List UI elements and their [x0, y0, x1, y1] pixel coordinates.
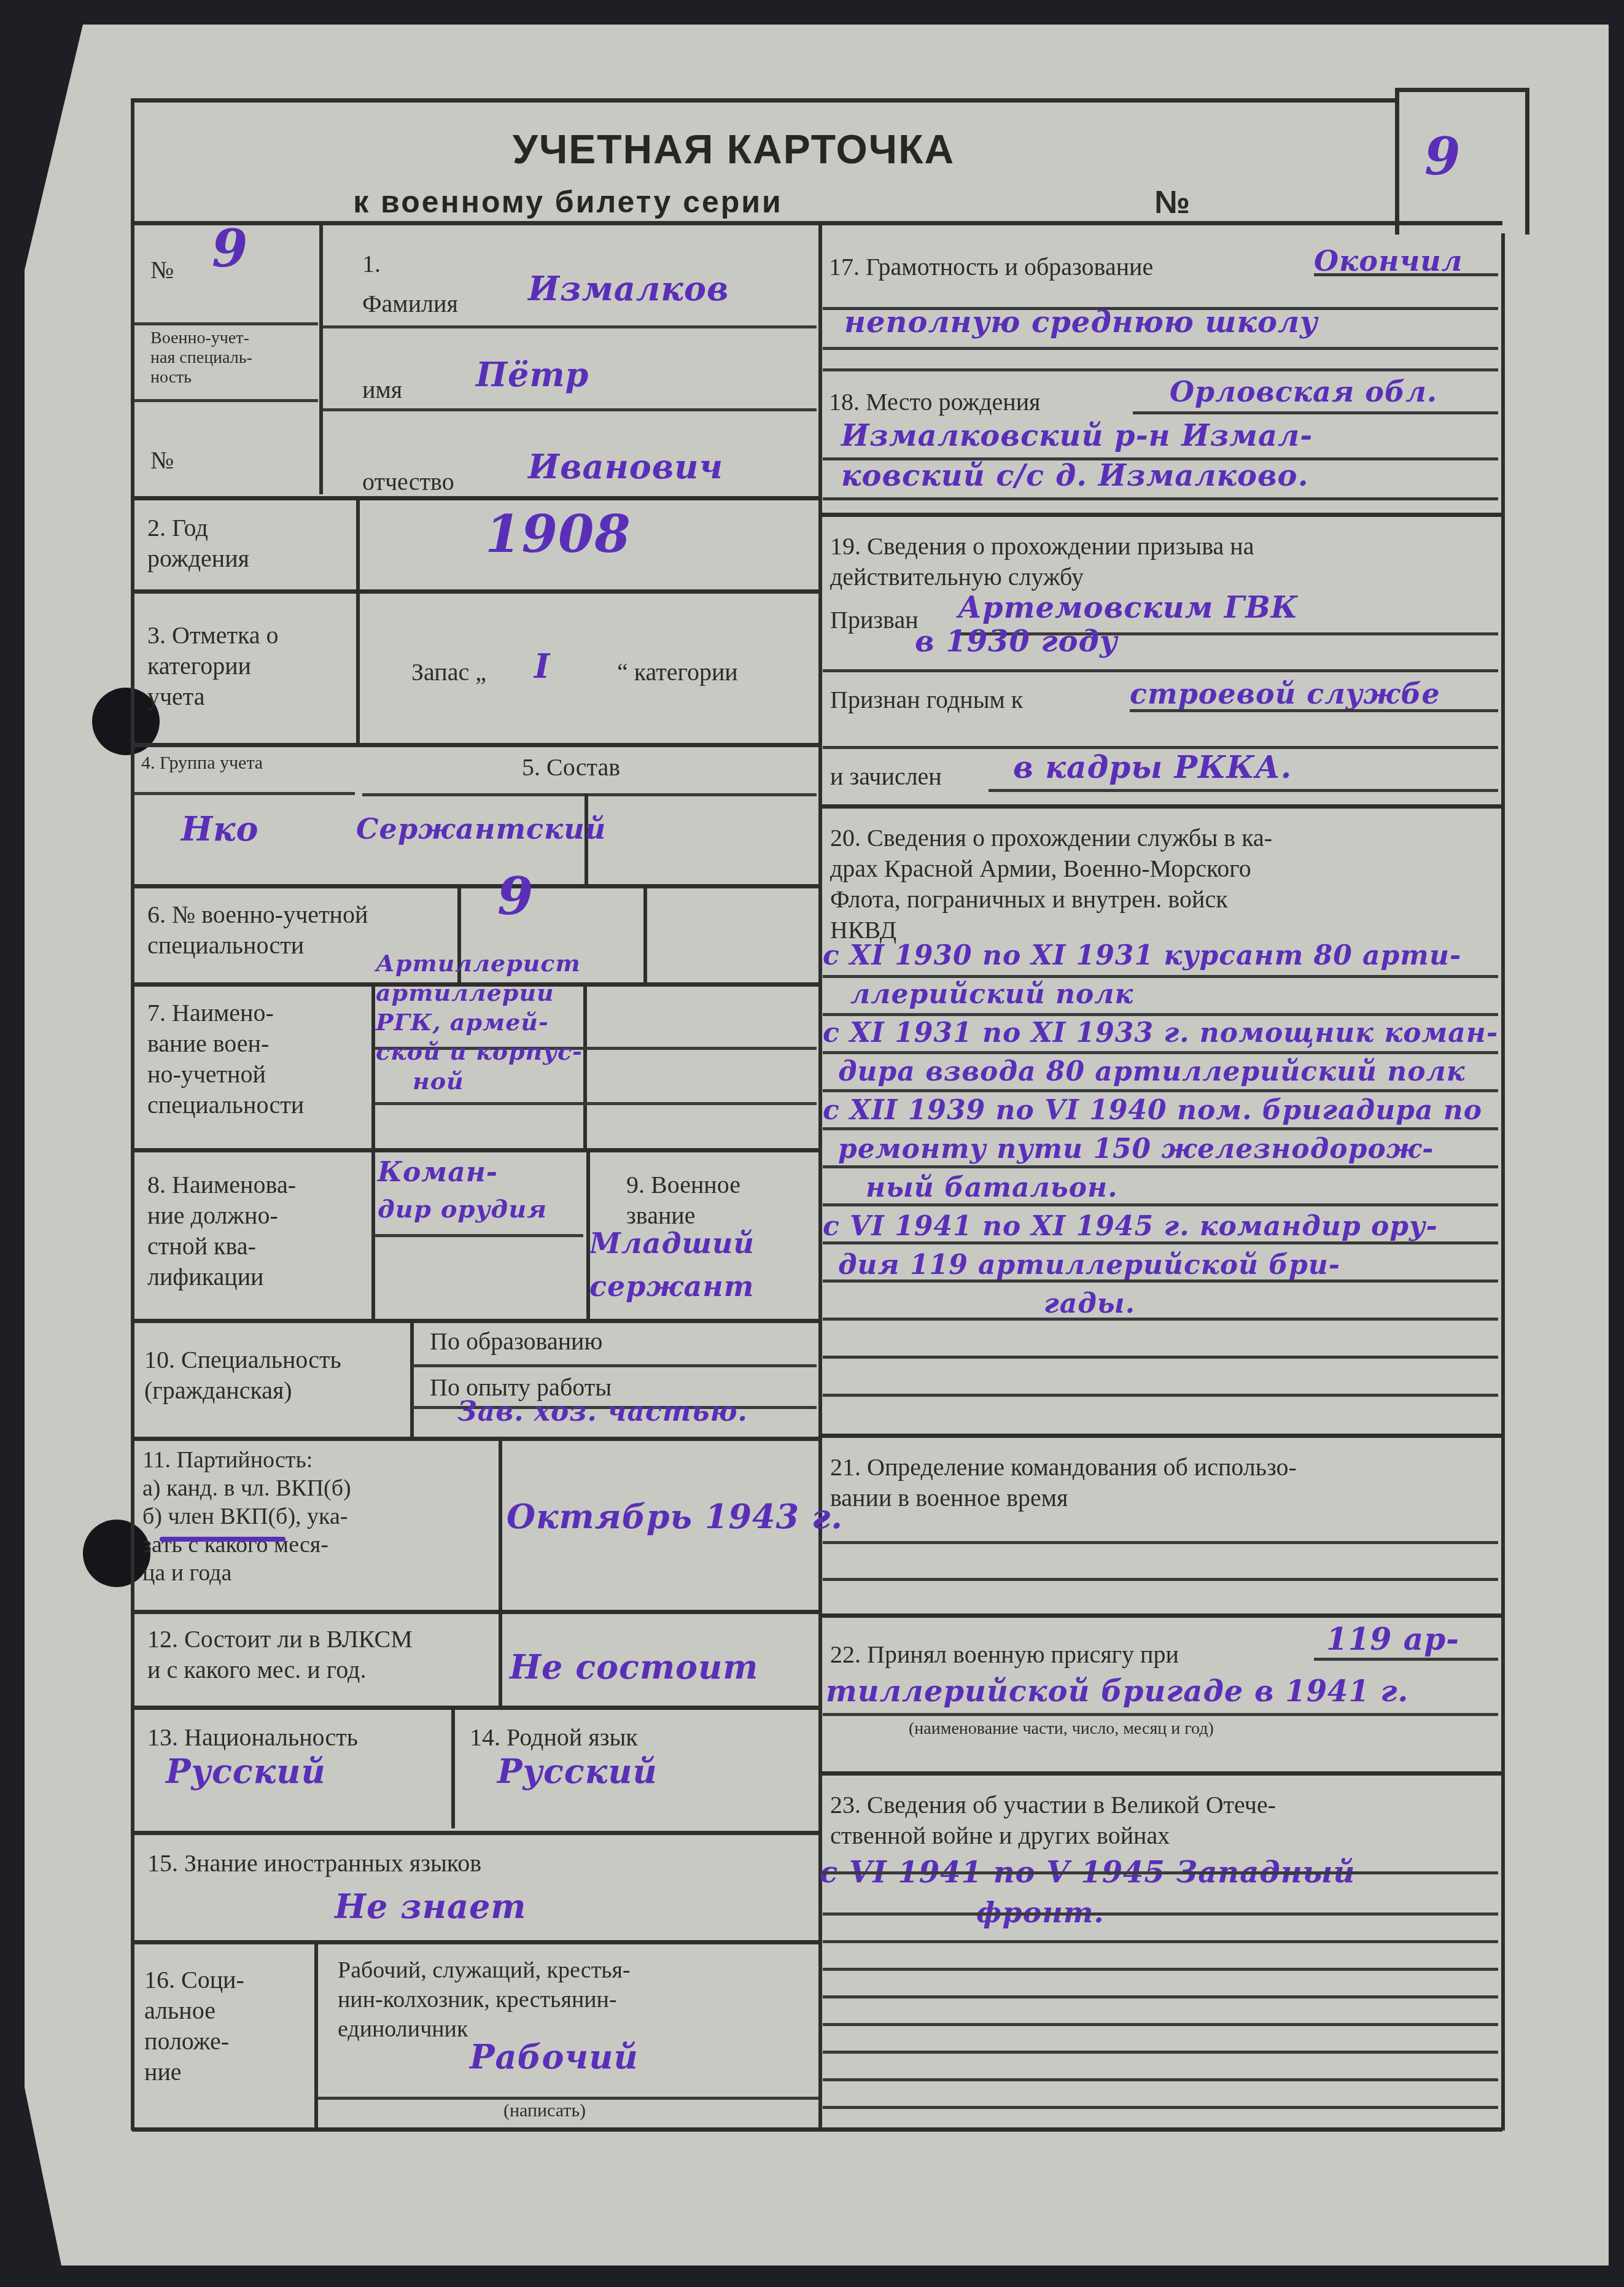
- vus-no-value: 9: [212, 230, 248, 267]
- surname-label: Фамилия: [362, 289, 458, 319]
- by-experience-value: Зав. хоз. частью.: [457, 1394, 748, 1431]
- komsomol-value: Не состоит: [510, 1648, 759, 1685]
- conscription-label: 19. Сведения о прохождении призыва на де…: [830, 531, 1254, 592]
- oath-label: 22. Принял военную присягу при: [830, 1639, 1179, 1670]
- card-title: УЧЕТНАЯ КАРТОЧКА: [132, 126, 1335, 173]
- reserve-category-value: I: [534, 648, 550, 685]
- series-number-sign: №: [1154, 184, 1190, 221]
- education-value-2: неполную среднюю школу: [844, 304, 1318, 341]
- war-participation-label: 23. Сведения об участии в Великой Отече-…: [830, 1790, 1276, 1851]
- social-status-value: Рабочий: [470, 2038, 639, 2075]
- service-entry: дира взвода 80 артиллерийский полк: [823, 1052, 1501, 1091]
- card-number-box: [1395, 88, 1529, 235]
- enlisted-value: в кадры РККА.: [1013, 749, 1292, 786]
- vus-number-label: 6. № военно-учетной специальности: [147, 899, 368, 961]
- card-subtitle: к военному билету серии: [132, 184, 1004, 220]
- called-up-label: Призван: [830, 605, 919, 635]
- nationality-label: 13. Национальность: [147, 1722, 358, 1753]
- called-up-value-2: в 1930 году: [915, 623, 1118, 660]
- social-status-label: 16. Соци- альное положе- ние: [144, 1965, 244, 2087]
- oath-value-1: 119 ар-: [1326, 1621, 1459, 1658]
- party-label: 11. Партийность: а) канд. в чл. ВКП(б) б…: [142, 1446, 351, 1587]
- field1-number: 1.: [362, 249, 381, 279]
- registration-card-form: УЧЕТНАЯ КАРТОЧКА к военному билету серии…: [0, 0, 1624, 2287]
- vus-name-label: 7. Наимено- вание воен- но-учетной специ…: [147, 998, 304, 1120]
- patronymic-label: отчество: [362, 467, 454, 497]
- party-value: Октябрь 1943 г.: [507, 1498, 843, 1535]
- vus-no2-label: №: [150, 445, 174, 476]
- birth-year-label: 2. Год рождения: [147, 513, 249, 574]
- nationality-value: Русский: [166, 1753, 326, 1790]
- rank-value: Младший сержант: [589, 1222, 755, 1308]
- accounting-group-label: 4. Группа учета: [141, 752, 263, 774]
- patronymic-value: Иванович: [528, 448, 723, 485]
- position-value: Коман- дир орудия: [378, 1154, 547, 1228]
- social-status-options: Рабочий, служащий, крестья- нин-колхозни…: [338, 1955, 631, 2044]
- reserve-label: Запас „: [411, 657, 486, 688]
- social-status-hint: (написать): [503, 2100, 586, 2122]
- wartime-use-label: 21. Определение командования об использо…: [830, 1452, 1297, 1513]
- accounting-group-value: Нко: [181, 810, 259, 847]
- category-label: 3. Отметка о категории учета: [147, 620, 279, 712]
- native-language-label: 14. Родной язык: [470, 1722, 638, 1753]
- civil-specialty-label: 10. Специальность (гражданская): [144, 1345, 341, 1406]
- service-entry: с XI 1931 по XI 1933 г. помощник коман-: [823, 1014, 1501, 1052]
- foreign-languages-value: Не знает: [335, 1888, 527, 1925]
- birthplace-value-2: Измалковский р-н Измал-: [841, 417, 1313, 454]
- native-language-value: Русский: [497, 1753, 658, 1790]
- service-record-label: 20. Сведения о прохождении службы в ка- …: [830, 823, 1272, 945]
- vus-number-value: 9: [497, 878, 534, 915]
- name-label: имя: [362, 375, 402, 405]
- education-label: 17. Грамотность и образование: [829, 252, 1153, 282]
- service-entry: ный батальон.: [823, 1168, 1501, 1207]
- komsomol-label: 12. Состоит ли в ВЛКСМ и с какого мес. и…: [147, 1624, 413, 1685]
- service-entry: дия 119 артиллерийской бри-: [823, 1246, 1501, 1284]
- birthplace-value-3: ковский с/с д. Измалково.: [841, 457, 1308, 494]
- birthplace-value-1: Орловская обл.: [1170, 373, 1437, 410]
- fit-for-value: строевой службе: [1130, 675, 1440, 712]
- fit-for-label: Признан годным к: [830, 685, 1023, 715]
- party-underline: [160, 1537, 286, 1542]
- position-label: 8. Наименова- ние должно- стной ква- лиф…: [147, 1170, 296, 1292]
- service-entry: с XI 1930 по XI 1931 курсант 80 арти-: [823, 936, 1501, 975]
- vus-no-label: №: [150, 255, 174, 285]
- enlisted-label: и зачислен: [830, 761, 942, 792]
- vus-caption: Военно-учет- ная специаль- ность: [150, 328, 252, 387]
- service-entry: ллерийский полк: [823, 975, 1501, 1014]
- foreign-languages-label: 15. Знание иностранных языков: [147, 1848, 481, 1879]
- service-entry: с XII 1939 по VI 1940 пом. бригадира по: [823, 1091, 1501, 1130]
- composition-label: 5. Состав: [522, 752, 620, 783]
- card-number-value: 9: [1424, 138, 1461, 175]
- surname-value: Измалков: [528, 270, 729, 307]
- called-up-value-1: Артемовским ГВК: [958, 589, 1298, 626]
- name-value: Пётр: [476, 356, 589, 393]
- category-suffix-label: “ категории: [617, 657, 738, 688]
- service-entry: ремонту пути 150 железнодорож-: [823, 1130, 1501, 1168]
- birth-year-value: 1908: [485, 516, 631, 553]
- birthplace-label: 18. Место рождения: [829, 387, 1040, 417]
- oath-value-2: тиллерийской бригаде в 1941 г.: [826, 1673, 1408, 1710]
- by-education-label: По образованию: [430, 1326, 602, 1357]
- composition-value: Сержантский: [356, 810, 606, 847]
- oath-hint: (наименование части, число, месяц и год): [909, 1719, 1214, 1739]
- service-entry: с VI 1941 по XI 1945 г. командир ору-: [823, 1207, 1501, 1246]
- vus-name-value: Артиллерист артиллерии РГК, армей- ской …: [376, 949, 597, 1096]
